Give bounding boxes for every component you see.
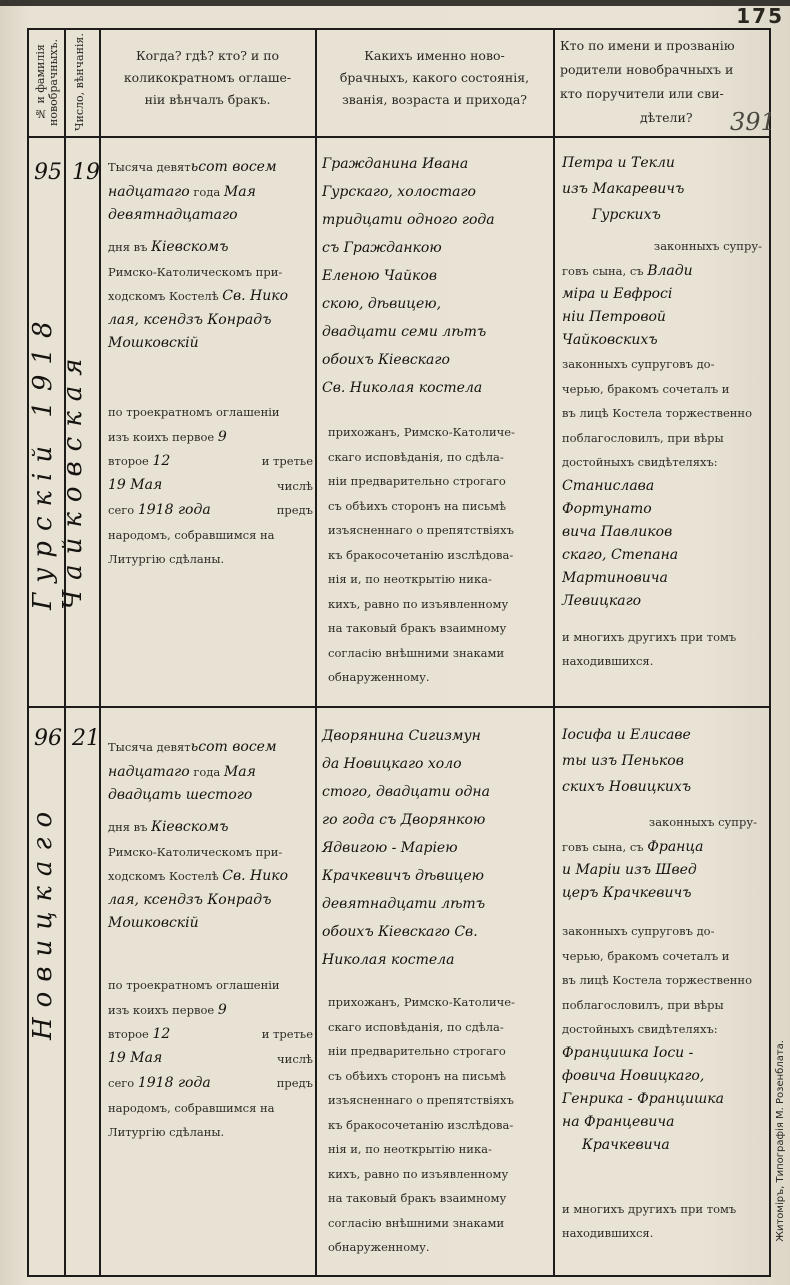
header-divider: [27, 136, 769, 138]
record-couple-printed: прихожанъ, Римско-Католиче- скаго исповѣ…: [328, 990, 550, 1260]
record-number: 96: [34, 726, 62, 751]
printer-imprint: Житоміръ, Типографія М. Розенблата.: [775, 1040, 786, 1242]
record-surname: Гурскій 1918 Чайковская: [28, 250, 88, 610]
header-col-when: Когда? гдѣ? кто? и по коликократномъ огл…: [102, 45, 313, 111]
record-couple-printed: прихожанъ, Римско-Католиче- скаго исповѣ…: [328, 420, 550, 690]
header-col-date: Число, вѣнчанія.: [73, 32, 93, 132]
record-parents-witnesses: Петра и Текли изъ Макаревичъ Гурскихъ за…: [562, 150, 762, 674]
header-col-names: № и фамилія новобрачныхъ.: [34, 32, 62, 132]
col-divider: [99, 28, 101, 1275]
register-page: 175 № и фамилія новобрачныхъ. Число, вѣн…: [0, 0, 790, 1285]
record-when-where: Тысяча девятьсот восем надцатаго года Ма…: [108, 735, 313, 935]
register-number: 391: [730, 108, 776, 136]
record-when-where: Тысяча девятьсот восем надцатаго года Ма…: [108, 155, 313, 355]
col-divider: [64, 28, 66, 1275]
record-surname: Новицкаго: [28, 780, 58, 1040]
record-banns: по троекратномъ оглашеніи изъ коихъ перв…: [108, 973, 313, 1145]
header-col-couple: Какихъ именно ново- брачныхъ, какого сос…: [318, 45, 551, 111]
page-number: 175: [736, 4, 784, 28]
record-banns: по троекратномъ оглашеніи изъ коихъ перв…: [108, 400, 313, 572]
record-couple-handwritten: Дворянина Сигизмун да Новицкаго холо сто…: [322, 722, 550, 974]
col-divider: [553, 28, 555, 1275]
col-divider: [315, 28, 317, 1275]
record-parents-witnesses: Іосифа и Елисаве ты изъ Пеньков скихъ Но…: [562, 722, 757, 1246]
record-day: 19: [72, 160, 100, 185]
record-number: 95: [34, 160, 62, 185]
record-day: 21: [72, 726, 100, 751]
row-divider: [27, 706, 769, 708]
scan-edge: [0, 0, 790, 6]
record-couple-handwritten: Гражданина Ивана Гурскаго, холостаго три…: [322, 150, 550, 402]
